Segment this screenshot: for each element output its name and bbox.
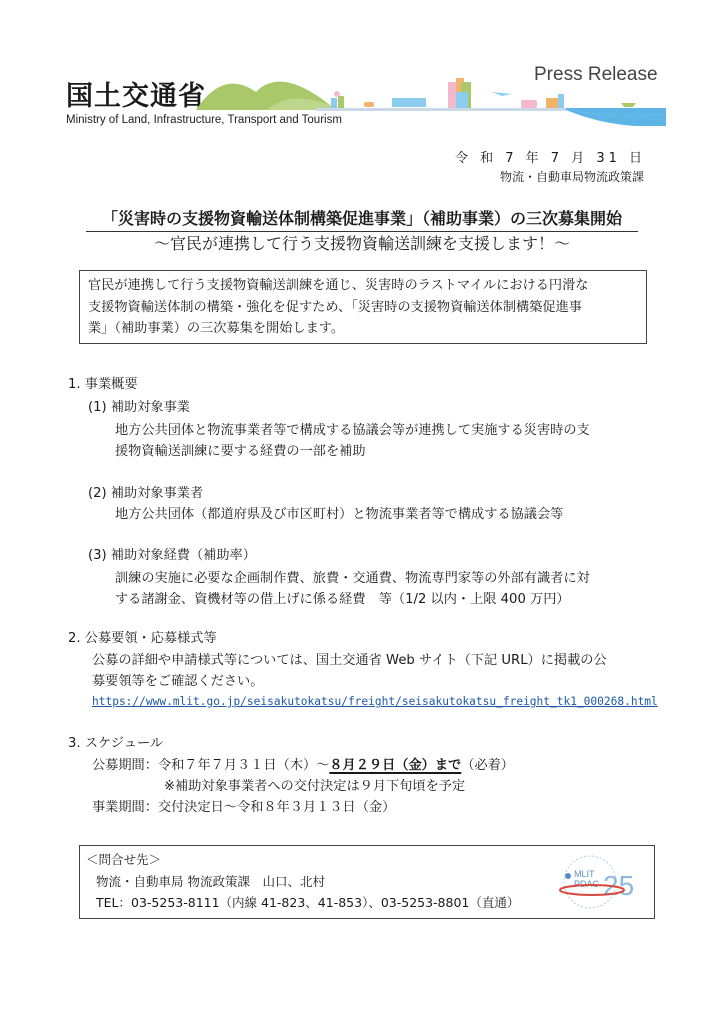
ministry-logo-jp: 国土交通省 xyxy=(66,82,206,112)
city-landscape-banner-icon xyxy=(196,70,666,126)
release-date: 令 和 7 年 7 月 31 日 xyxy=(455,147,646,166)
recruitment-subnote: ※補助対象事業者への交付決定は９月下旬頃を予定 xyxy=(164,776,465,797)
section-1-3-text: する諸謝金、資機材等の借上げに係る経費 等（1/2 以内・上限 400 万円） xyxy=(115,589,570,610)
section-1-heading: 1. 事業概要 xyxy=(68,374,138,395)
project-period-row: 事業期間：交付決定日～令和８年３月１３日（金） xyxy=(92,797,395,818)
recruitment-start: 令和７年７月３１日（木）～ xyxy=(158,758,329,773)
contact-heading: ＜問合せ先＞ xyxy=(86,850,161,868)
summary-line: 支援物資輸送体制の構築・強化を促すため、「災害時の支援物資輸送体制構築促進事 xyxy=(88,297,638,319)
page-title: 「災害時の支援物資輸送体制構築促進事業」（補助事業）の三次募集開始 xyxy=(86,206,638,232)
section-2-text: 公募の詳細や申請様式等については、国土交通省 Web サイト（下記 URL）に掲… xyxy=(92,650,607,671)
section-3-heading: 3. スケジュール xyxy=(68,733,163,754)
section-1-1-text: 地方公共団体と物流事業者等で構成する協議会等が連携して実施する災害時の支 xyxy=(115,420,590,441)
contact-tel: TEL：03-5253-8111（内線 41-823、41-853）、03-52… xyxy=(96,893,519,911)
svg-text:PDAC: PDAC xyxy=(574,879,600,889)
section-2-text: 募要領等をご確認ください。 xyxy=(92,671,263,692)
recruitment-period-label: 公募期間： xyxy=(92,758,158,773)
summary-line: 業」（補助事業）の三次募集を開始します。 xyxy=(88,318,638,340)
recruitment-period-row: 公募期間：令和７年７月３１日（木）～８月２９日（金）まで（必着） xyxy=(92,755,514,776)
section-1-3-text: 訓練の実施に必要な企画制作費、旅費・交通費、物流専門家等の外部有識者に対 xyxy=(115,568,590,589)
section-2-heading: 2. 公募要領・応募様式等 xyxy=(68,628,217,649)
project-period-value: 交付決定日～令和８年３月１３日（金） xyxy=(158,800,395,815)
section-1-3-heading: (3) 補助対象経費（補助率） xyxy=(88,545,256,566)
mlit-25th-anniversary-logo-icon: MLIT PDAC 25 xyxy=(548,850,640,914)
summary-line: 官民が連携して行う支援物資輸送訓練を通じ、災害時のラストマイルにおける円滑な xyxy=(88,275,638,297)
summary-box: 官民が連携して行う支援物資輸送訓練を通じ、災害時のラストマイルにおける円滑な 支… xyxy=(79,270,647,344)
recruitment-deadline: ８月２９日（金）まで xyxy=(329,758,461,773)
recruitment-note: （必着） xyxy=(461,758,514,773)
page-subtitle: ～官民が連携して行う支援物資輸送訓練を支援します！～ xyxy=(86,231,638,254)
svg-text:MLIT: MLIT xyxy=(574,869,595,879)
contact-office: 物流・自動車局 物流政策課 山口、北村 xyxy=(96,872,325,890)
guidelines-url-link[interactable]: https://www.mlit.go.jp/seisakutokatsu/fr… xyxy=(92,691,658,712)
section-1-2-text: 地方公共団体（都道府県及び市区町村）と物流事業者等で構成する協議会等 xyxy=(115,504,563,525)
section-1-1-text: 援物資輸送訓練に要する経費の一部を補助 xyxy=(115,441,366,462)
project-period-label: 事業期間： xyxy=(92,800,158,815)
section-1-2-heading: (2) 補助対象事業者 xyxy=(88,483,203,504)
department-name: 物流・自動車局物流政策課 xyxy=(500,168,644,185)
section-1-1-heading: (1) 補助対象事業 xyxy=(88,397,190,418)
